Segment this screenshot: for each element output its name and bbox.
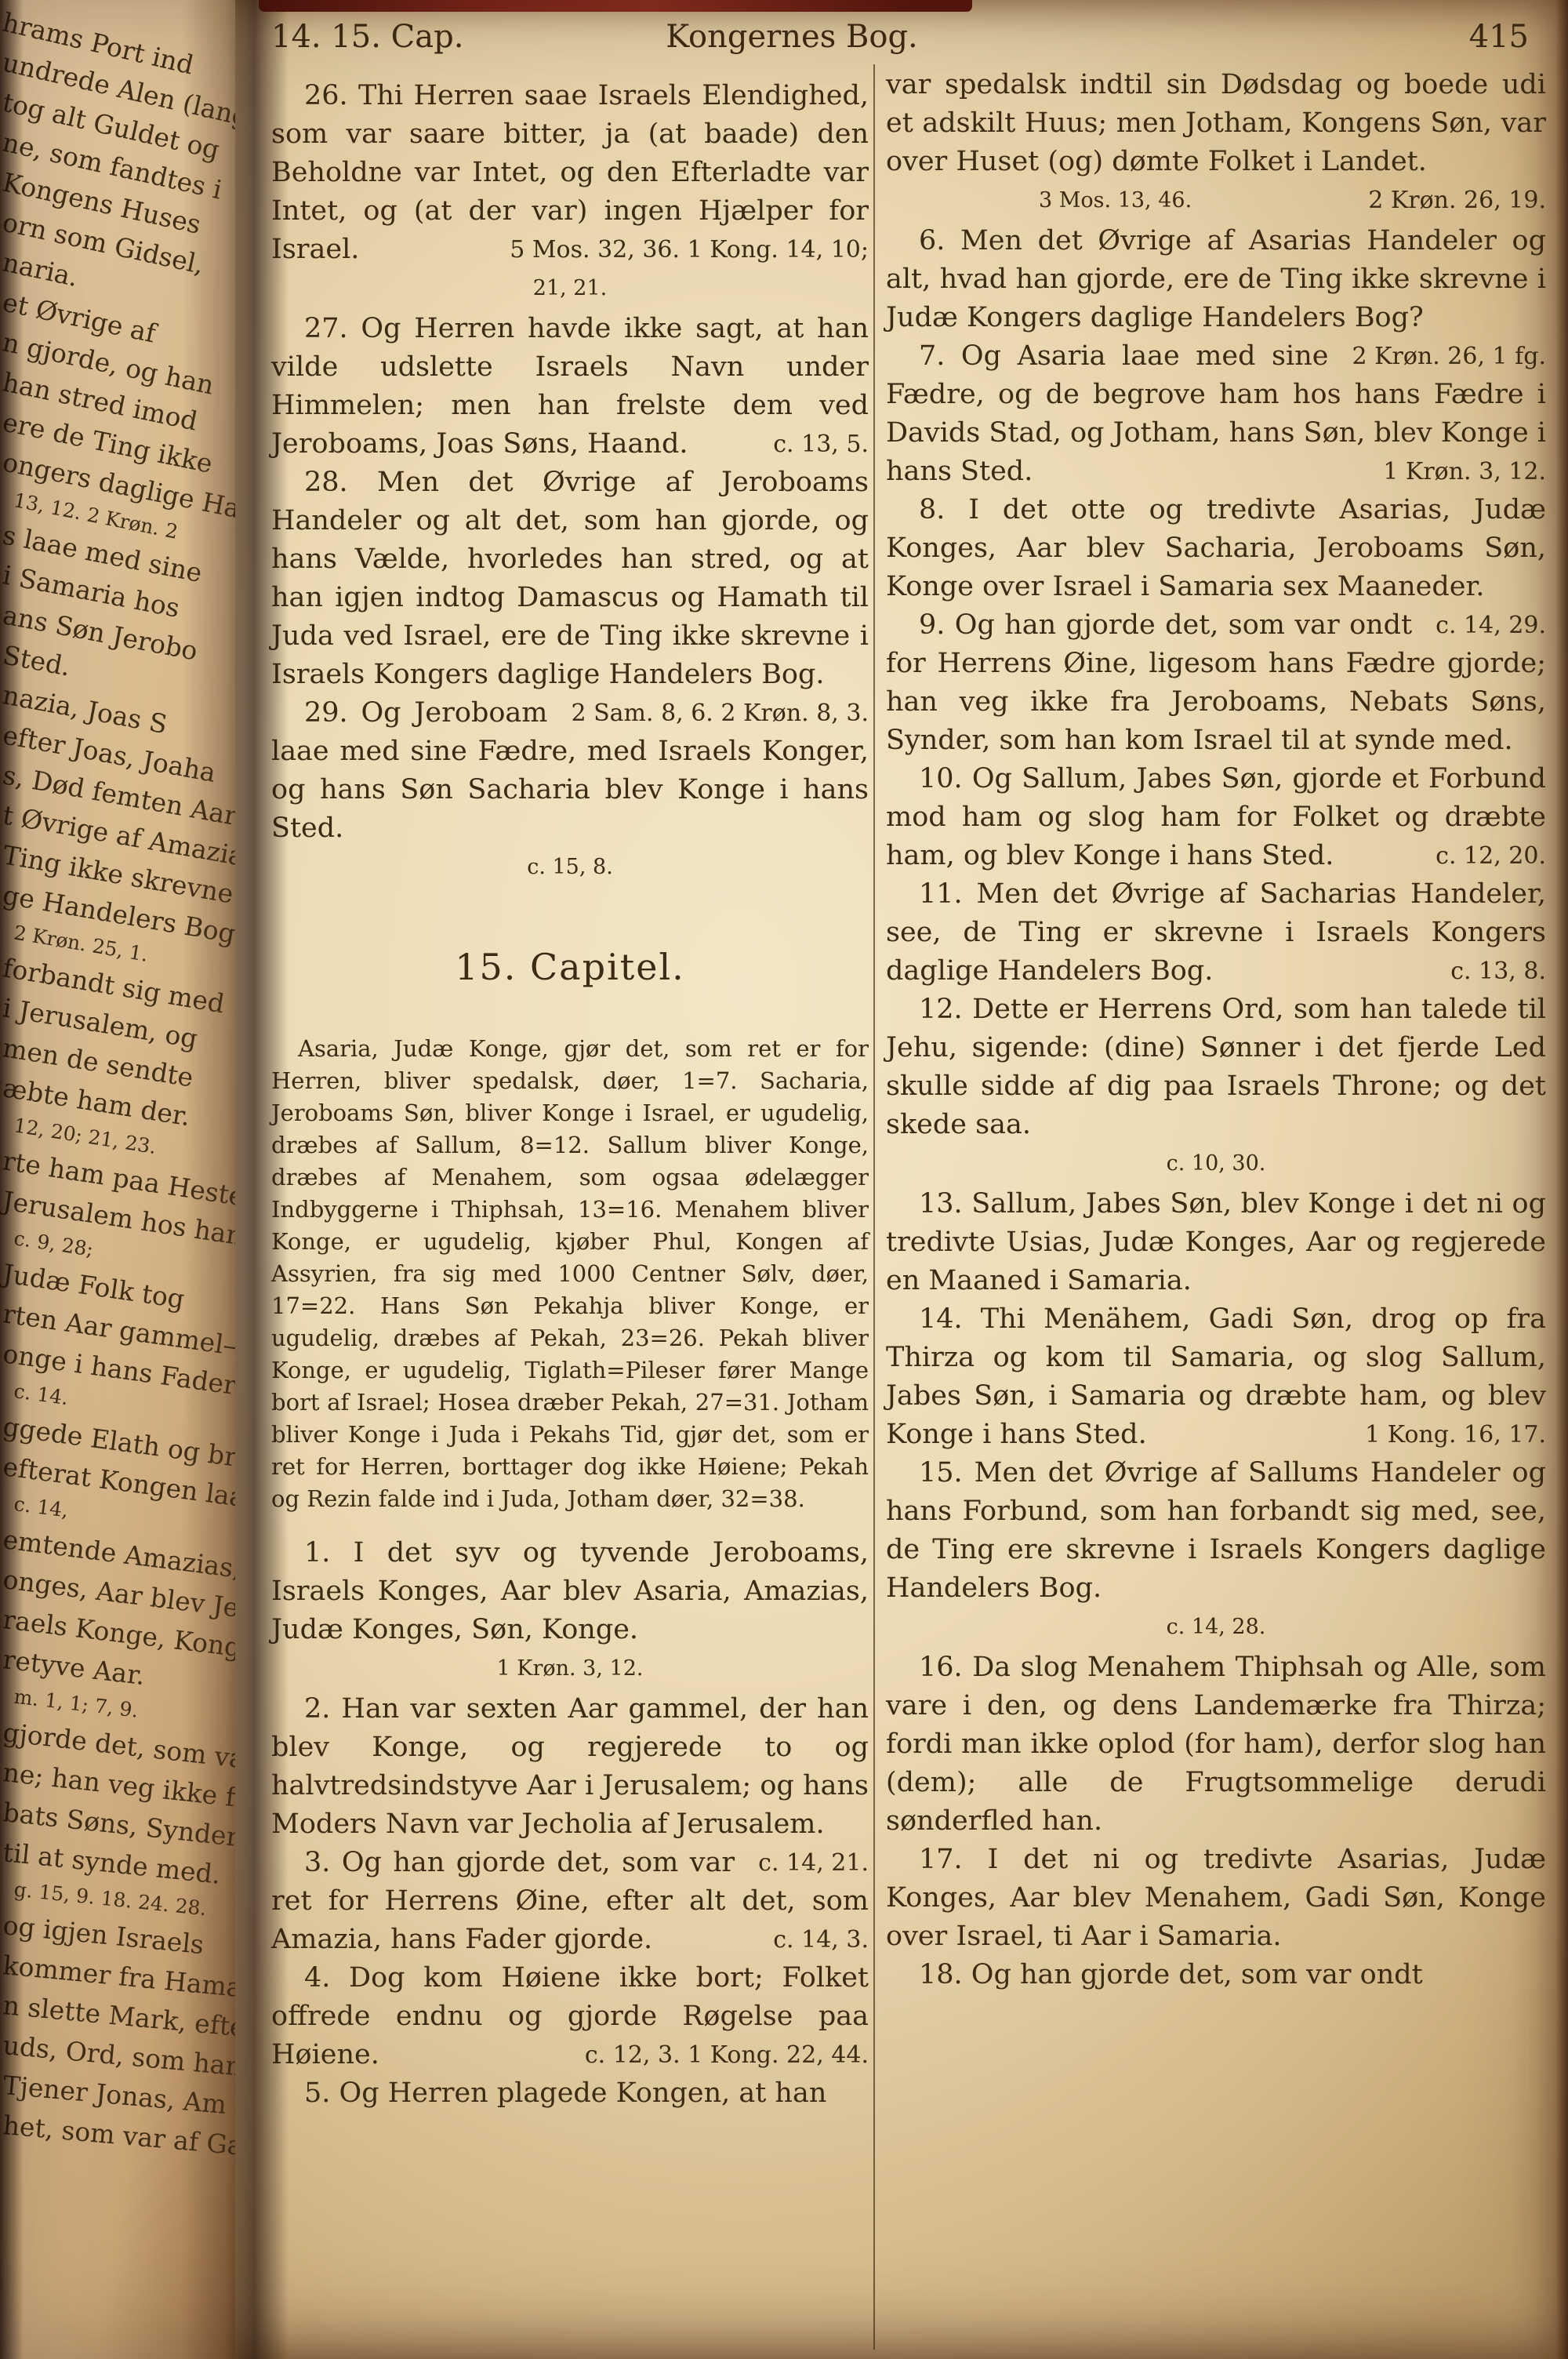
verse-paragraph: 6. Men det Øvrige af Asarias Handeler og…	[886, 222, 1546, 337]
verse-paragraph: 8. I det otte og tredivte Asarias, Judæ …	[886, 491, 1546, 606]
column-divider	[873, 64, 875, 2350]
verse-paragraph: 16. Da slog Menahem Thiphsah og Alle, so…	[886, 1648, 1546, 1841]
page-header: 14. 15. Cap. Kongernes Bog. 415	[235, 19, 1568, 69]
chapter-heading: 15. Capitel.	[271, 947, 869, 987]
reference-line: c. 15, 8.	[271, 849, 869, 885]
running-title: Kongernes Bog.	[235, 19, 1348, 55]
verse-paragraph: 11. Men det Øvrige af Sacharias Handeler…	[886, 875, 1546, 990]
verse-paragraph: 13. Sallum, Jabes Søn, blev Konge i det …	[886, 1185, 1546, 1300]
cross-reference: c. 14, 29.	[1412, 606, 1546, 645]
book-page: 14. 15. Cap. Kongernes Bog. 415 26. Thi …	[235, 0, 1568, 2359]
page-number: 415	[1469, 19, 1529, 55]
cross-reference: c. 14, 3.	[750, 1921, 869, 1959]
verse-paragraph: var spedalsk indtil sin Dødsdag og boede…	[886, 66, 1546, 181]
cross-reference: c. 12, 20.	[1412, 837, 1546, 875]
chapter-summary: Asaria, Judæ Konge, gjør det, som ret er…	[271, 1033, 869, 1515]
reference-line: 1 Krøn. 3, 12.	[271, 1651, 869, 1687]
verse-paragraph: 1. I det syv og tyvende Jeroboams, Israe…	[271, 1534, 869, 1649]
verse-paragraph: 27. Og Herren havde ikke sagt, at han vi…	[271, 310, 869, 463]
verse-paragraph: 14. Thi Menähem, Gadi Søn, drog op fra T…	[886, 1300, 1546, 1454]
verse-paragraph: 17. I det ni og tredivte Asarias, Judæ K…	[886, 1841, 1546, 1956]
cross-reference: c. 13, 8.	[1427, 952, 1546, 990]
verse-paragraph: 28. Men det Øvrige af Jeroboams Handeler…	[271, 463, 869, 694]
cross-reference: 2 Krøn. 26, 19.	[1345, 181, 1546, 220]
reference-line: c. 10, 30.	[886, 1146, 1546, 1182]
text-column-left: 26. Thi Herren saae Israels Elendighed, …	[271, 77, 869, 2113]
reference-line: c. 14, 28.	[886, 1609, 1546, 1645]
cross-reference: c. 12, 3. 1 Kong. 22, 44.	[561, 2036, 869, 2074]
cross-reference: 1 Krøn. 3, 12.	[1359, 453, 1546, 491]
previous-page-text: hrams Port indundrede Alen (langtog alt …	[3, 2, 262, 2145]
cross-reference: 2 Krøn. 26, 1 fg.	[1328, 337, 1546, 376]
book-photo: hrams Port indundrede Alen (langtog alt …	[0, 0, 1568, 2359]
photo-background-gap	[259, 0, 972, 12]
verse-paragraph: 5. Og Herren plagede Kongen, at han	[271, 2074, 869, 2113]
verse-paragraph: 10. Og Sallum, Jabes Søn, gjorde et Forb…	[886, 760, 1546, 875]
cross-reference: c. 13, 5.	[750, 425, 869, 463]
verse-paragraph: 12. Dette er Herrens Ord, som han talede…	[886, 990, 1546, 1144]
previous-page-edge: hrams Port indundrede Alen (langtog alt …	[0, 0, 262, 2359]
cross-reference: 2 Sam. 8, 6. 2 Krøn. 8, 3.	[547, 694, 869, 732]
verse-paragraph: 2. Han var sexten Aar gammel, der han bl…	[271, 1690, 869, 1844]
verse-paragraph: 18. Og han gjorde det, som var ondt	[886, 1956, 1546, 1994]
verse-paragraph: 4. Dog kom Høiene ikke bort; Folket offr…	[271, 1959, 869, 2074]
cross-reference: c. 14, 21.	[735, 1844, 869, 1882]
page-right-edge-shadow	[1555, 0, 1568, 2359]
reference-line: 21, 21.	[271, 271, 869, 307]
text-column-right: var spedalsk indtil sin Dødsdag og boede…	[886, 66, 1546, 1994]
verse-paragraph: 26. Thi Herren saae Israels Elendighed, …	[271, 77, 869, 269]
cross-reference: 1 Kong. 16, 17.	[1341, 1416, 1546, 1454]
cross-reference: 5 Mos. 32, 36. 1 Kong. 14, 10;	[486, 231, 869, 269]
verse-paragraph: 15. Men det Øvrige af Sallums Handeler o…	[886, 1454, 1546, 1608]
